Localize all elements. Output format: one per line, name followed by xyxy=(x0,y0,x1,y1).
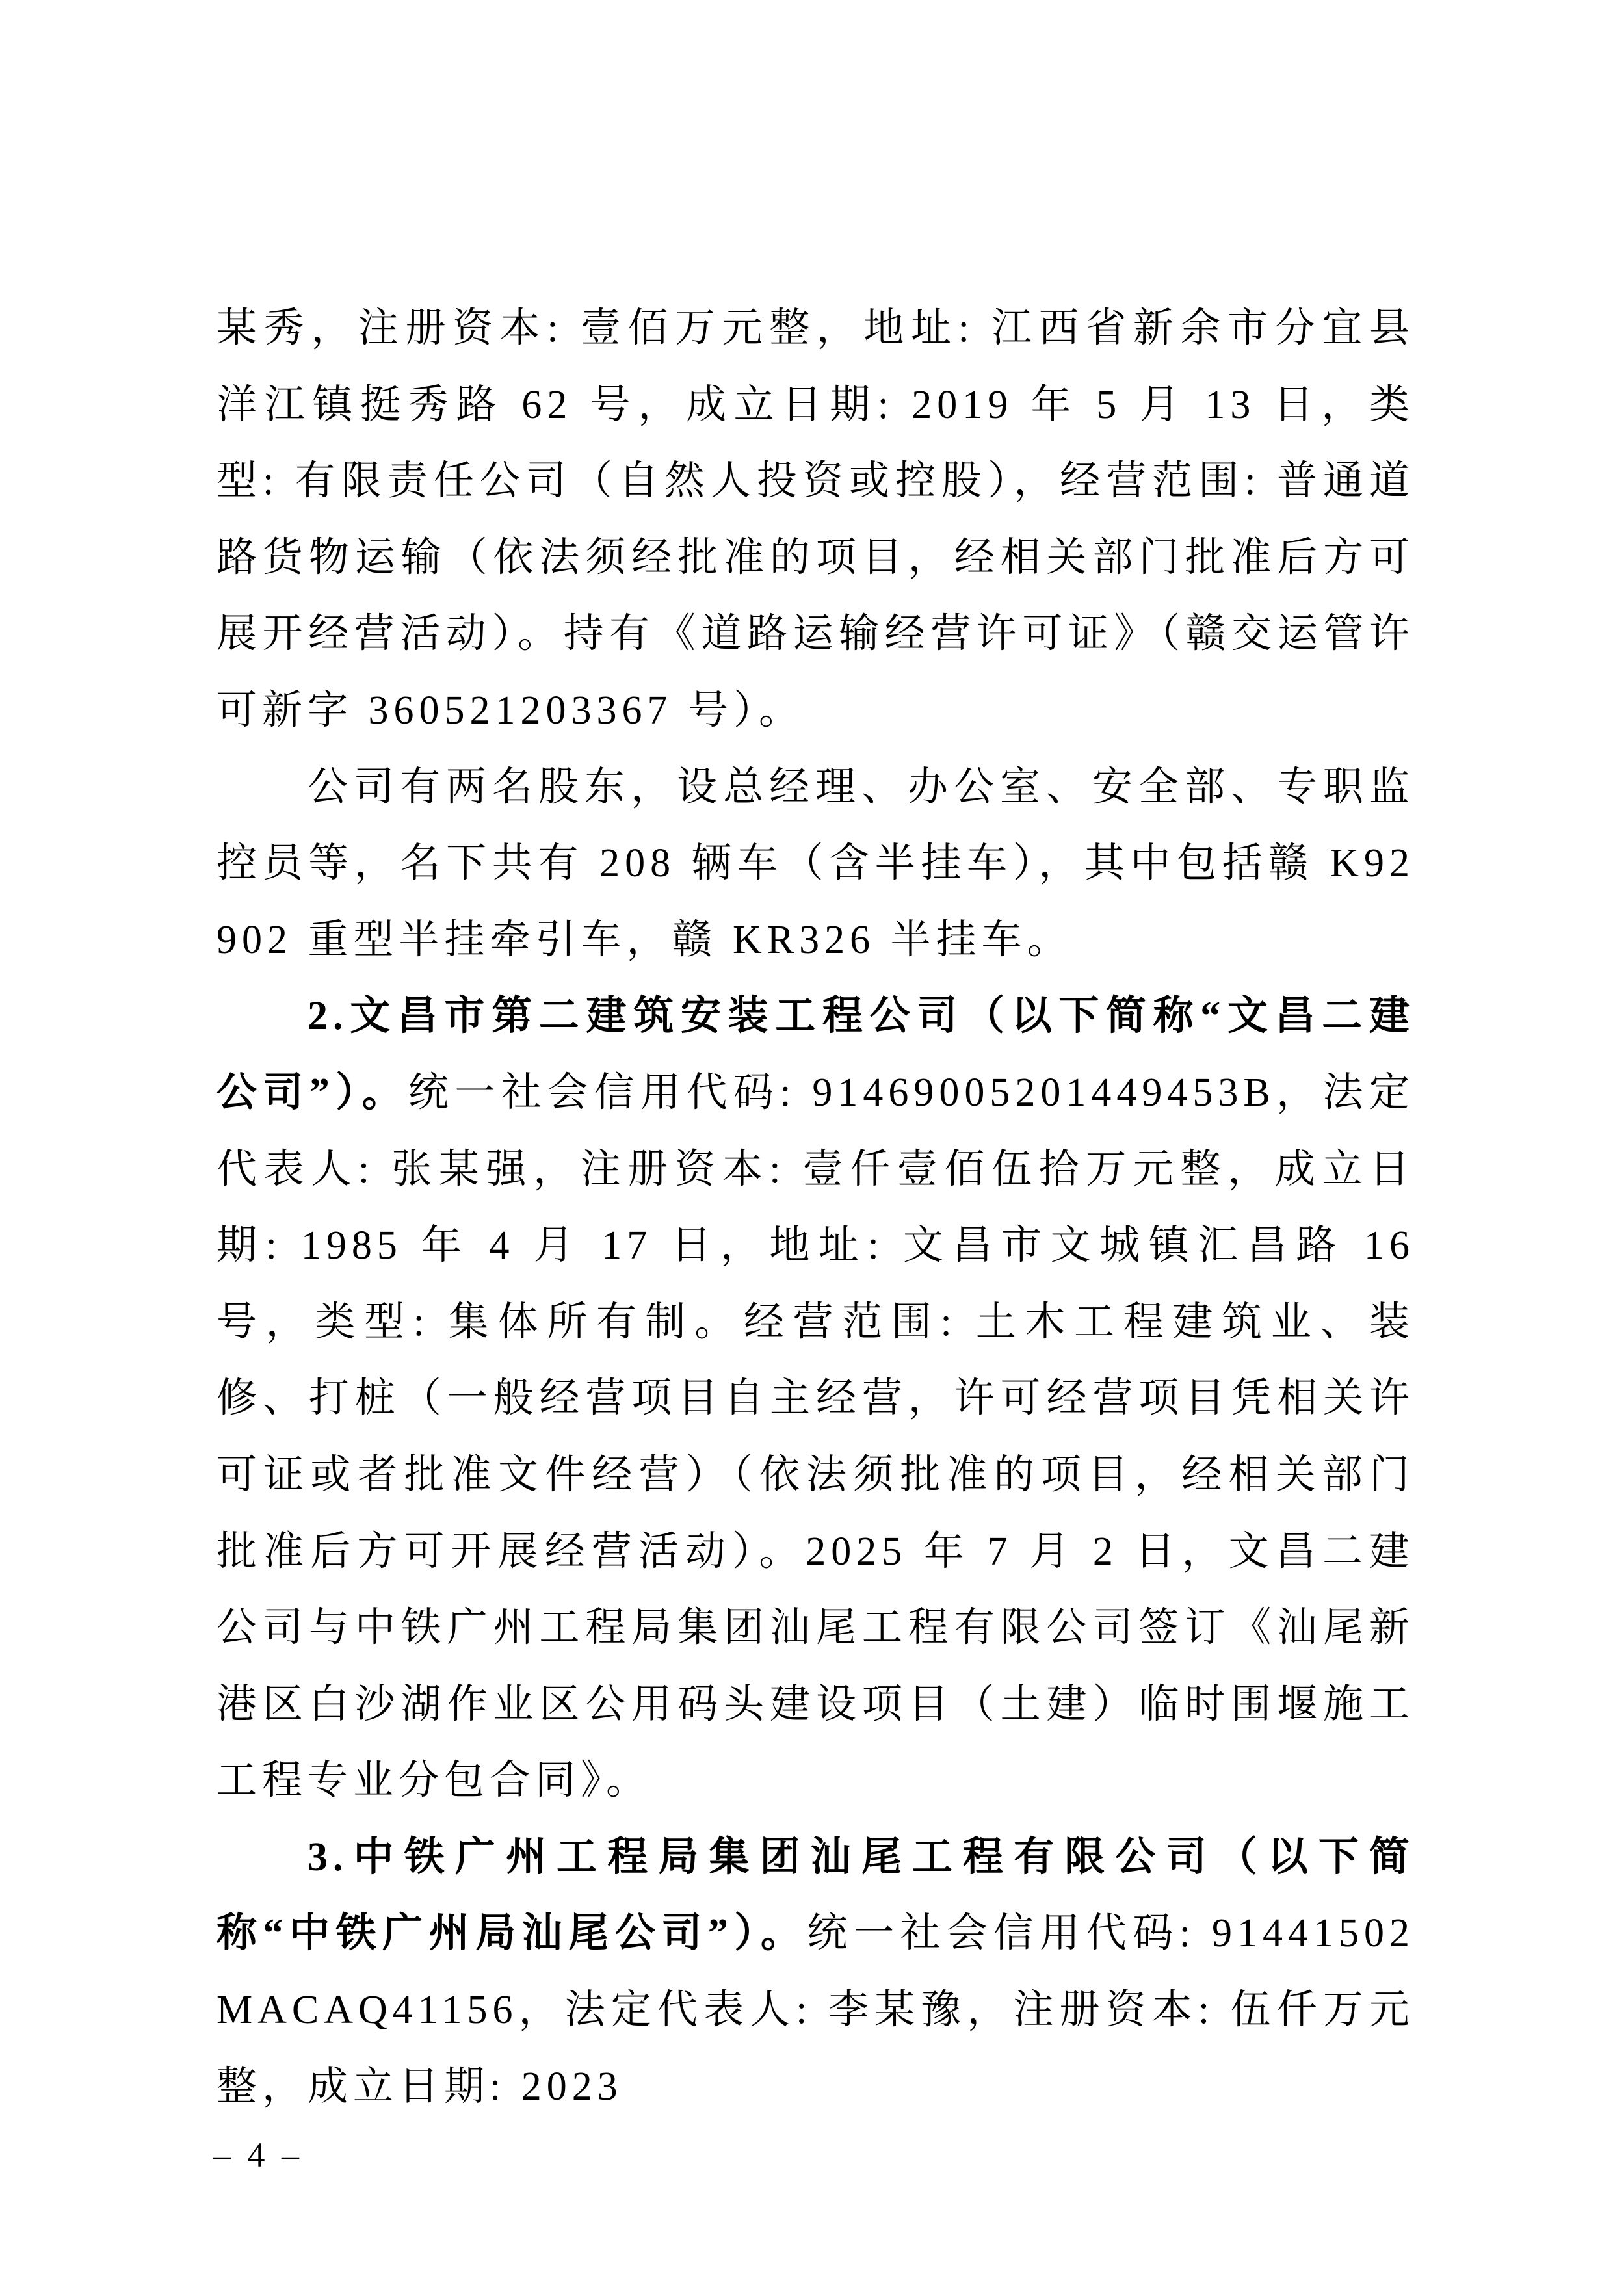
page-footer: – 4 – xyxy=(213,2134,303,2176)
page-number: – 4 – xyxy=(213,2135,303,2174)
text-segment: 某秀，注册资本: 壹佰万元整，地址: 江西省新余市分宜县洋江镇挺秀路 62 号，… xyxy=(216,306,1415,733)
paragraph: 某秀，注册资本: 壹佰万元整，地址: 江西省新余市分宜县洋江镇挺秀路 62 号，… xyxy=(216,291,1415,750)
paragraph: 2.文昌市第二建筑安装工程公司（以下简称“文昌二建公司”）。统一社会信用代码: … xyxy=(216,978,1415,1820)
document-body: 某秀，注册资本: 壹佰万元整，地址: 江西省新余市分宜县洋江镇挺秀路 62 号，… xyxy=(216,291,1415,2125)
paragraph: 公司有两名股东，设总经理、办公室、安全部、专职监控员等，名下共有 208 辆车（… xyxy=(216,750,1415,979)
text-segment: 统一社会信用代码: 91469005201449453B，法定代表人: 张某强，… xyxy=(216,1071,1415,1803)
paragraph: 3.中铁广州工程局集团汕尾工程有限公司（以下简称“中铁广州局汕尾公司”）。统一社… xyxy=(216,1820,1415,2125)
document-page: 某秀，注册资本: 壹佰万元整，地址: 江西省新余市分宜县洋江镇挺秀路 62 号，… xyxy=(0,0,1613,2296)
text-segment: 公司有两名股东，设总经理、办公室、安全部、专职监控员等，名下共有 208 辆车（… xyxy=(216,765,1415,962)
